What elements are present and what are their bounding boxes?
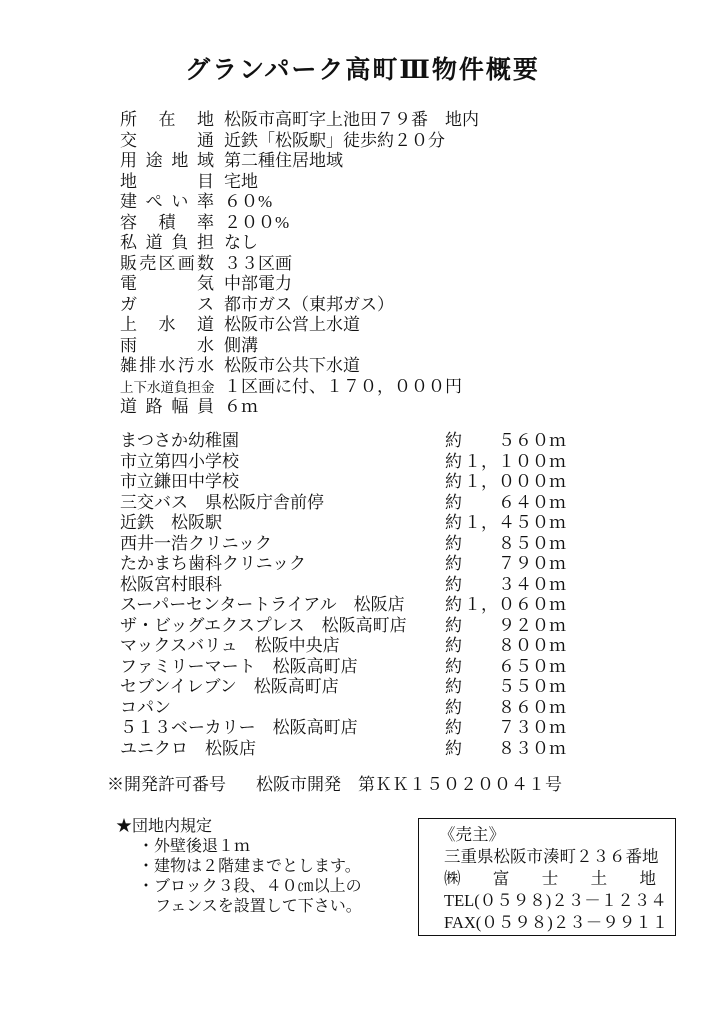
seller-box: 《売主》 三重県松阪市湊町２３６番地 ㈱富士土地 TEL(０５９８)２３－１２３… — [418, 818, 676, 936]
spec-label: 用途地域 — [120, 151, 214, 172]
spec-row: 販売区画数３３区画 — [120, 254, 479, 275]
spec-row: 上下水道負担金１区画に付、１７０，０００円 — [120, 377, 479, 398]
approx-label: 約 — [445, 698, 463, 719]
distance-value: ６５０ｍ — [463, 657, 566, 678]
distance-row: マックスバリュ 松阪中央店約８００ｍ — [120, 636, 566, 657]
spec-label: ガス — [120, 295, 214, 316]
facility-name: ユニクロ 松阪店 — [120, 739, 445, 760]
rule-item: ・建物は２階建までとします。 — [138, 857, 362, 877]
facility-name: セブンイレブン 松阪高町店 — [120, 677, 445, 698]
spec-value: 都市ガス（東邦ガス） — [224, 295, 394, 316]
distance-value: ８５０ｍ — [463, 534, 566, 555]
distance-value: ８００ｍ — [463, 636, 566, 657]
approx-label: 約 — [445, 739, 463, 760]
seller-heading: 《売主》 — [439, 824, 675, 846]
facility-name: 三交バス 県松阪庁舎前停 — [120, 493, 445, 514]
seller-address: 三重県松阪市湊町２３６番地 — [439, 846, 675, 868]
spec-value: ６０% — [224, 192, 272, 213]
approx-label: 約 — [445, 513, 463, 534]
seller-company-line: ㈱富士土地 — [439, 868, 675, 890]
spec-value: 第二種住居地域 — [224, 151, 343, 172]
spec-row: 建ぺい率６０% — [120, 192, 479, 213]
spec-label: 雑排水汚水 — [120, 356, 214, 377]
permit-number: 松阪市開発 第ＫＫ１５０２００４１号 — [256, 770, 562, 795]
spec-value: １区画に付、１７０，０００円 — [224, 377, 462, 398]
distance-row: セブンイレブン 松阪高町店約５５０ｍ — [120, 677, 566, 698]
spec-value: 松阪市高町字上池田７９番 地内 — [224, 110, 479, 131]
rule-item: ・ブロック３段、４０㎝以上の — [138, 877, 362, 897]
facility-name: スーパーセンタートライアル 松阪店 — [120, 595, 445, 616]
approx-label: 約 — [445, 534, 463, 555]
spec-label: 私道負担 — [120, 233, 214, 254]
spec-list: 所在地松阪市高町字上池田７９番 地内 交通近鉄「松阪駅」徒歩約２０分 用途地域第… — [120, 110, 479, 418]
property-overview-document: グランパーク高町Ⅲ物件概要 所在地松阪市高町字上池田７９番 地内 交通近鉄「松阪… — [0, 0, 725, 1024]
distance-value: ５６０ｍ — [463, 431, 566, 452]
estate-rules-section: ★団地内規定 ・外壁後退１ｍ ・建物は２階建までとします。 ・ブロック３段、４０… — [116, 817, 362, 917]
spec-row: 雑排水汚水松阪市公共下水道 — [120, 356, 479, 377]
distance-value: ８３０ｍ — [463, 739, 566, 760]
distance-row: ５１３ベーカリー 松阪高町店約７３０ｍ — [120, 718, 566, 739]
distance-row: ザ・ビッグエクスプレス 松阪高町店約９２０ｍ — [120, 616, 566, 637]
spec-label: 雨水 — [120, 336, 214, 357]
spec-row: 雨水側溝 — [120, 336, 479, 357]
approx-label: 約 — [445, 452, 463, 473]
spec-value: 側溝 — [224, 336, 258, 357]
distance-row: スーパーセンタートライアル 松阪店約１，０６０ｍ — [120, 595, 566, 616]
spec-value: 近鉄「松阪駅」徒歩約２０分 — [224, 131, 445, 152]
approx-label: 約 — [445, 677, 463, 698]
approx-label: 約 — [445, 431, 463, 452]
distance-value: ７９０ｍ — [463, 554, 566, 575]
distance-row: ファミリーマート 松阪高町店約６５０ｍ — [120, 657, 566, 678]
spec-label: 上下水道負担金 — [120, 378, 214, 399]
spec-label: 建ぺい率 — [120, 192, 214, 213]
rule-item: ・外壁後退１ｍ — [138, 837, 362, 857]
distance-row: 西井一浩クリニック約８５０ｍ — [120, 534, 566, 555]
facility-name: 市立鎌田中学校 — [120, 472, 445, 493]
facility-name: ザ・ビッグエクスプレス 松阪高町店 — [120, 616, 445, 637]
spec-value: 宅地 — [224, 172, 258, 193]
distance-row: 市立鎌田中学校約１，０００ｍ — [120, 472, 566, 493]
spec-row: 私道負担なし — [120, 233, 479, 254]
distance-row: ユニクロ 松阪店約８３０ｍ — [120, 739, 566, 760]
distance-list: まつさか幼稚園約５６０ｍ 市立第四小学校約１，１００ｍ 市立鎌田中学校約１，００… — [120, 431, 566, 759]
facility-name: コパン — [120, 698, 445, 719]
rules-heading: ★団地内規定 — [116, 817, 362, 837]
facility-name: ファミリーマート 松阪高町店 — [120, 657, 445, 678]
approx-label: 約 — [445, 718, 463, 739]
permit-line: ※開発許可番号 松阪市開発 第ＫＫ１５０２００４１号 — [107, 770, 562, 795]
spec-label: 所在地 — [120, 110, 214, 131]
spec-value: 松阪市公共下水道 — [224, 356, 360, 377]
spec-label: 容積率 — [120, 213, 214, 234]
distance-row: まつさか幼稚園約５６０ｍ — [120, 431, 566, 452]
seller-fax: FAX(０５９８)２３－９９１１ — [439, 912, 675, 934]
spec-value: ６ｍ — [224, 397, 258, 418]
spec-label: 上水道 — [120, 315, 214, 336]
approx-label: 約 — [445, 575, 463, 596]
facility-name: たかまち歯科クリニック — [120, 554, 445, 575]
spec-row: 地目宅地 — [120, 172, 479, 193]
spec-label: 販売区画数 — [120, 254, 214, 275]
distance-value: ８６０ｍ — [463, 698, 566, 719]
rule-item-continuation: フェンスを設置して下さい。 — [155, 897, 362, 917]
facility-name: 松阪宮村眼科 — [120, 575, 445, 596]
facility-name: 西井一浩クリニック — [120, 534, 445, 555]
spec-row: 所在地松阪市高町字上池田７９番 地内 — [120, 110, 479, 131]
approx-label: 約 — [445, 616, 463, 637]
approx-label: 約 — [445, 636, 463, 657]
permit-label: ※開発許可番号 — [107, 770, 226, 795]
distance-value: ６４０ｍ — [463, 493, 566, 514]
spec-row: ガス都市ガス（東邦ガス） — [120, 295, 479, 316]
spec-value: ２００% — [224, 213, 289, 234]
spec-label: 交通 — [120, 131, 214, 152]
seller-tel: TEL(０５９８)２３－１２３４ — [439, 890, 675, 912]
distance-value: ５５０ｍ — [463, 677, 566, 698]
approx-label: 約 — [445, 657, 463, 678]
document-title: グランパーク高町Ⅲ物件概要 — [0, 50, 725, 86]
approx-label: 約 — [445, 595, 463, 616]
distance-row: 松阪宮村眼科約３４０ｍ — [120, 575, 566, 596]
approx-label: 約 — [445, 493, 463, 514]
distance-row: コパン約８６０ｍ — [120, 698, 566, 719]
spec-row: 道路幅員６ｍ — [120, 397, 479, 418]
spec-value: 松阪市公営上水道 — [224, 315, 360, 336]
spec-value: 中部電力 — [224, 274, 292, 295]
spec-value: ３３区画 — [224, 254, 292, 275]
spec-row: 容積率２００% — [120, 213, 479, 234]
distance-value: １，０００ｍ — [463, 472, 566, 493]
spec-row: 電気中部電力 — [120, 274, 479, 295]
facility-name: 市立第四小学校 — [120, 452, 445, 473]
distance-value: １，０６０ｍ — [463, 595, 566, 616]
facility-name: まつさか幼稚園 — [120, 431, 445, 452]
distance-value: １，４５０ｍ — [463, 513, 566, 534]
facility-name: ５１３ベーカリー 松阪高町店 — [120, 718, 445, 739]
distance-row: 市立第四小学校約１，１００ｍ — [120, 452, 566, 473]
distance-row: 近鉄 松阪駅約１，４５０ｍ — [120, 513, 566, 534]
seller-company: ㈱富士土地 — [444, 868, 656, 890]
spec-label: 地目 — [120, 172, 214, 193]
approx-label: 約 — [445, 472, 463, 493]
distance-value: ９２０ｍ — [463, 616, 566, 637]
spec-value: なし — [224, 233, 258, 254]
facility-name: 近鉄 松阪駅 — [120, 513, 445, 534]
spec-row: 交通近鉄「松阪駅」徒歩約２０分 — [120, 131, 479, 152]
spec-label: 道路幅員 — [120, 397, 214, 418]
spec-row: 上水道松阪市公営上水道 — [120, 315, 479, 336]
distance-value: ３４０ｍ — [463, 575, 566, 596]
approx-label: 約 — [445, 554, 463, 575]
spec-label: 電気 — [120, 274, 214, 295]
distance-row: 三交バス 県松阪庁舎前停約６４０ｍ — [120, 493, 566, 514]
distance-value: ７３０ｍ — [463, 718, 566, 739]
distance-row: たかまち歯科クリニック約７９０ｍ — [120, 554, 566, 575]
facility-name: マックスバリュ 松阪中央店 — [120, 636, 445, 657]
distance-value: １，１００ｍ — [463, 452, 566, 473]
spec-row: 用途地域第二種住居地域 — [120, 151, 479, 172]
